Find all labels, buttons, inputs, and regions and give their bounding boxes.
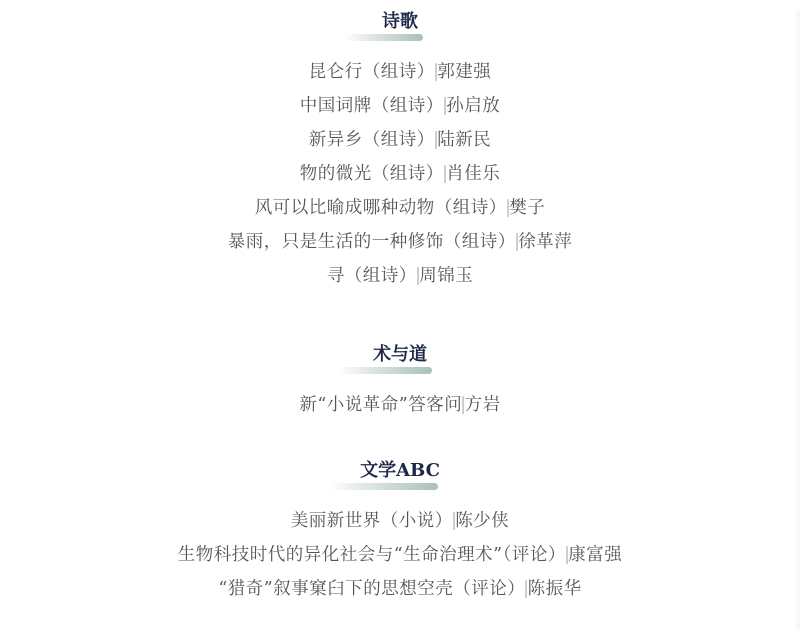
- separator: |: [434, 123, 438, 157]
- toc-list: 新“小说革命”答客问|方岩: [0, 388, 800, 422]
- section-literature-abc: 文学ABC 美丽新世界（小说）|陈少侠 生物科技时代的异化社会与“生命治理术”（…: [0, 459, 800, 606]
- toc-item-author: 樊子: [509, 198, 545, 218]
- separator: |: [434, 55, 438, 89]
- toc-item-author: 方岩: [465, 395, 501, 415]
- toc-item-title: 美丽新世界（小说）: [291, 511, 453, 531]
- toc-item-author: 陆新民: [437, 130, 491, 150]
- toc-item-author: 徐革萍: [518, 232, 572, 252]
- separator: |: [462, 388, 466, 422]
- heading-underline-bar: [330, 483, 438, 490]
- section-craft-and-way: 术与道 新“小说革命”答客问|方岩: [0, 343, 800, 422]
- section-heading: 文学ABC: [0, 459, 800, 483]
- heading-underline: [0, 34, 800, 41]
- toc-item-title: 生物科技时代的异化社会与“生命治理术”（评论）: [178, 545, 566, 565]
- heading-underline: [0, 483, 800, 490]
- toc-item[interactable]: 新“小说革命”答客问|方岩: [0, 388, 800, 422]
- toc-item-author: 康富强: [568, 545, 622, 565]
- separator: |: [452, 504, 456, 538]
- heading-underline: [0, 367, 800, 374]
- separator: |: [525, 572, 529, 606]
- toc-item-title: 暴雨，只是生活的一种修饰（组诗）: [228, 232, 516, 252]
- section-heading: 诗歌: [0, 10, 800, 34]
- toc-item-title: 物的微光（组诗）: [300, 164, 444, 184]
- toc-item[interactable]: 生物科技时代的异化社会与“生命治理术”（评论）|康富强: [0, 538, 800, 572]
- toc-item[interactable]: “猎奇”叙事窠臼下的思想空壳（评论）|陈振华: [0, 572, 800, 606]
- toc-item[interactable]: 物的微光（组诗）|肖佳乐: [0, 157, 800, 191]
- toc-item[interactable]: 新异乡（组诗）|陆新民: [0, 123, 800, 157]
- toc-item-author: 陈少侠: [455, 511, 509, 531]
- toc-item-title: 新“小说革命”答客问: [299, 395, 462, 415]
- toc-item-author: 周锦玉: [419, 266, 473, 286]
- toc-item[interactable]: 风可以比喻成哪种动物（组诗）|樊子: [0, 191, 800, 225]
- toc-list: 美丽新世界（小说）|陈少侠 生物科技时代的异化社会与“生命治理术”（评论）|康富…: [0, 504, 800, 606]
- heading-underline-bar: [338, 367, 432, 374]
- toc-item-title: “猎奇”叙事窠臼下的思想空壳（评论）: [218, 579, 525, 599]
- separator: |: [443, 89, 447, 123]
- toc-list: 昆仑行（组诗）|郭建强 中国词牌（组诗）|孙启放 新异乡（组诗）|陆新民 物的微…: [0, 55, 800, 293]
- separator: |: [515, 225, 519, 259]
- heading-underline-bar: [345, 34, 423, 41]
- toc-item-author: 郭建强: [437, 62, 491, 82]
- toc-item[interactable]: 暴雨，只是生活的一种修饰（组诗）|徐革萍: [0, 225, 800, 259]
- separator: |: [416, 259, 420, 293]
- section-heading: 术与道: [0, 343, 800, 367]
- toc-item-title: 寻（组诗）: [327, 266, 417, 286]
- toc-item[interactable]: 美丽新世界（小说）|陈少侠: [0, 504, 800, 538]
- section-poetry: 诗歌 昆仑行（组诗）|郭建强 中国词牌（组诗）|孙启放 新异乡（组诗）|陆新民 …: [0, 10, 800, 293]
- toc-item[interactable]: 昆仑行（组诗）|郭建强: [0, 55, 800, 89]
- toc-item-title: 风可以比喻成哪种动物（组诗）: [255, 198, 507, 218]
- toc-item-author: 肖佳乐: [446, 164, 500, 184]
- toc-item-title: 昆仑行（组诗）: [309, 62, 435, 82]
- toc-item[interactable]: 寻（组诗）|周锦玉: [0, 259, 800, 293]
- toc-item-author: 陈振华: [528, 579, 582, 599]
- toc-item-title: 中国词牌（组诗）: [300, 96, 444, 116]
- toc-item-author: 孙启放: [446, 96, 500, 116]
- separator: |: [443, 157, 447, 191]
- toc-item-title: 新异乡（组诗）: [309, 130, 435, 150]
- separator: |: [565, 538, 569, 572]
- separator: |: [506, 191, 510, 225]
- toc-item[interactable]: 中国词牌（组诗）|孙启放: [0, 89, 800, 123]
